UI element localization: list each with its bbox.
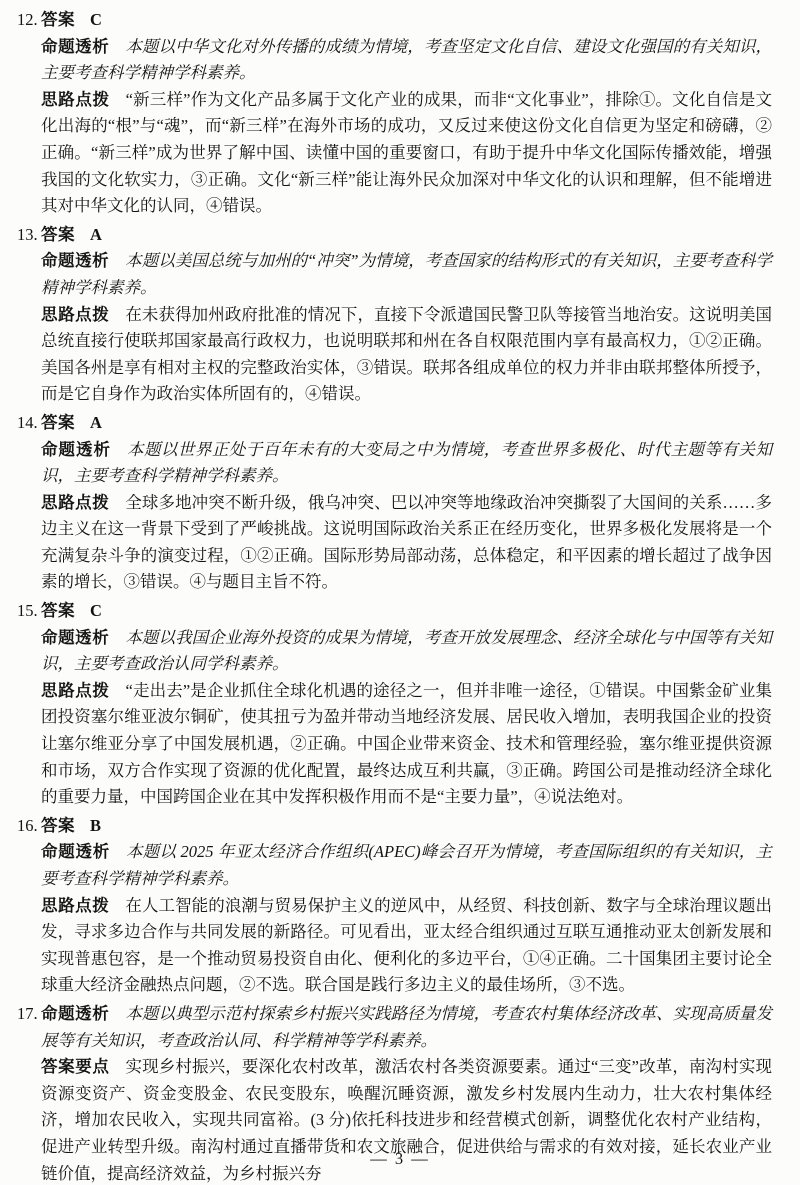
section-text: 本题以中华文化对外传播的成绩为情境，考查坚定文化自信、建设文化强国的有关知识，主… [41, 37, 772, 83]
document-page: 12.答案C 命题透析本题以中华文化对外传播的成绩为情境，考查坚定文化自信、建设… [0, 0, 800, 1185]
section-label: 命题透析 [41, 252, 109, 270]
section-text: 全球多地冲突不断升级，俄乌冲突、巴以冲突等地缘政治冲突撕裂了大国间的关系……多边… [41, 493, 772, 592]
question-item-13: 13.答案A 命题透析本题以美国总统与加州的“冲突”为情境，考查国家的结构形式的… [41, 222, 772, 408]
question-number: 16. [17, 813, 38, 840]
section-text: 本题以典型示范村探索乡村振兴实践路径为情境，考查农村集体经济改革、实现高质量发展… [41, 1004, 772, 1050]
answer-line: 14.答案A [41, 410, 772, 437]
section-label: 命题透析 [41, 843, 110, 861]
answer-label: 答案 [41, 226, 75, 244]
section-text: 本题以世界正处于百年未有的大变局之中为情境，考查世界多极化、时代主题等有关知识，… [41, 440, 772, 486]
answer-line: 15.答案C [41, 598, 772, 625]
section-label: 命题透析 [41, 38, 109, 56]
mingti-touxi-paragraph: 命题透析本题以美国总统与加州的“冲突”为情境，考查国家的结构形式的有关知识，主要… [41, 248, 772, 301]
section-label: 答案要点 [41, 1058, 110, 1076]
question-item-12: 12.答案C 命题透析本题以中华文化对外传播的成绩为情境，考查坚定文化自信、建设… [41, 7, 772, 220]
section-label: 思路点拨 [41, 682, 110, 700]
question-number: 12. [17, 7, 38, 34]
section-label: 命题透析 [41, 441, 111, 459]
section-label: 命题透析 [41, 629, 109, 647]
answer-line: 13.答案A [41, 222, 772, 249]
section-text: 在人工智能的浪潮与贸易保护主义的逆风中，从经贸、科技创新、数字与全球治理议题出发… [41, 896, 772, 995]
section-text: “走出去”是企业抓住全球化机遇的途径之一，但并非唯一途径，①错误。中国紫金矿业集… [41, 681, 772, 806]
question-number: 17. [17, 1001, 38, 1028]
answer-value: A [90, 225, 102, 244]
mingti-touxi-paragraph: 17.命题透析本题以典型示范村探索乡村振兴实践路径为情境，考查农村集体经济改革、… [41, 1001, 772, 1054]
answer-value: C [90, 601, 102, 620]
silu-dianbo-paragraph: 思路点拨“新三样”作为文化产品多属于文化产业的成果，而非“文化事业”，排除①。文… [41, 87, 772, 220]
question-item-16: 16.答案B 命题透析本题以 2025 年亚太经济合作组织(APEC)峰会召开为… [41, 813, 772, 999]
section-label: 思路点拨 [41, 306, 109, 324]
answer-value: C [90, 10, 102, 29]
mingti-touxi-paragraph: 命题透析本题以中华文化对外传播的成绩为情境，考查坚定文化自信、建设文化强国的有关… [41, 34, 772, 87]
answer-value: B [90, 816, 101, 835]
section-text: 本题以我国企业海外投资的成果为情境，考查开放发展理念、经济全球化与中国等有关知识… [41, 628, 772, 674]
page-number: — 3 — [0, 1149, 800, 1169]
answer-value: A [90, 413, 102, 432]
answer-label: 答案 [41, 602, 75, 620]
answer-label: 答案 [41, 414, 75, 432]
mingti-touxi-paragraph: 命题透析本题以世界正处于百年未有的大变局之中为情境，考查世界多极化、时代主题等有… [41, 437, 772, 490]
silu-dianbo-paragraph: 思路点拨在未获得加州政府批准的情况下，直接下令派遣国民警卫队等接管当地治安。这说… [41, 302, 772, 408]
mingti-touxi-paragraph: 命题透析本题以我国企业海外投资的成果为情境，考查开放发展理念、经济全球化与中国等… [41, 625, 772, 678]
question-number: 15. [17, 598, 38, 625]
answer-label: 答案 [41, 11, 75, 29]
question-item-14: 14.答案A 命题透析本题以世界正处于百年未有的大变局之中为情境，考查世界多极化… [41, 410, 772, 596]
answer-line: 12.答案C [41, 7, 772, 34]
answer-label: 答案 [41, 817, 75, 835]
answer-explanations: 12.答案C 命题透析本题以中华文化对外传播的成绩为情境，考查坚定文化自信、建设… [0, 0, 800, 1185]
section-label: 思路点拨 [41, 494, 109, 512]
question-number: 13. [17, 222, 38, 249]
silu-dianbo-paragraph: 思路点拨全球多地冲突不断升级，俄乌冲突、巴以冲突等地缘政治冲突撕裂了大国间的关系… [41, 490, 772, 596]
answer-line: 16.答案B [41, 813, 772, 840]
question-number: 14. [17, 410, 38, 437]
section-label: 思路点拨 [41, 897, 109, 915]
section-text: 本题以美国总统与加州的“冲突”为情境，考查国家的结构形式的有关知识，主要考查科学… [41, 251, 772, 297]
silu-dianbo-paragraph: 思路点拨在人工智能的浪潮与贸易保护主义的逆风中，从经贸、科技创新、数字与全球治理… [41, 893, 772, 999]
mingti-touxi-paragraph: 命题透析本题以 2025 年亚太经济合作组织(APEC)峰会召开为情境，考查国际… [41, 839, 772, 892]
section-text: “新三样”作为文化产品多属于文化产业的成果，而非“文化事业”，排除①。文化自信是… [41, 90, 772, 215]
section-label: 思路点拨 [41, 91, 110, 109]
section-text: 本题以 2025 年亚太经济合作组织(APEC)峰会召开为情境，考查国际组织的有… [41, 842, 772, 888]
silu-dianbo-paragraph: 思路点拨“走出去”是企业抓住全球化机遇的途径之一，但并非唯一途径，①错误。中国紫… [41, 678, 772, 811]
section-label: 命题透析 [41, 1005, 109, 1023]
section-text: 在未获得加州政府批准的情况下，直接下令派遣国民警卫队等接管当地治安。这说明美国总… [41, 305, 772, 404]
question-item-15: 15.答案C 命题透析本题以我国企业海外投资的成果为情境，考查开放发展理念、经济… [41, 598, 772, 811]
